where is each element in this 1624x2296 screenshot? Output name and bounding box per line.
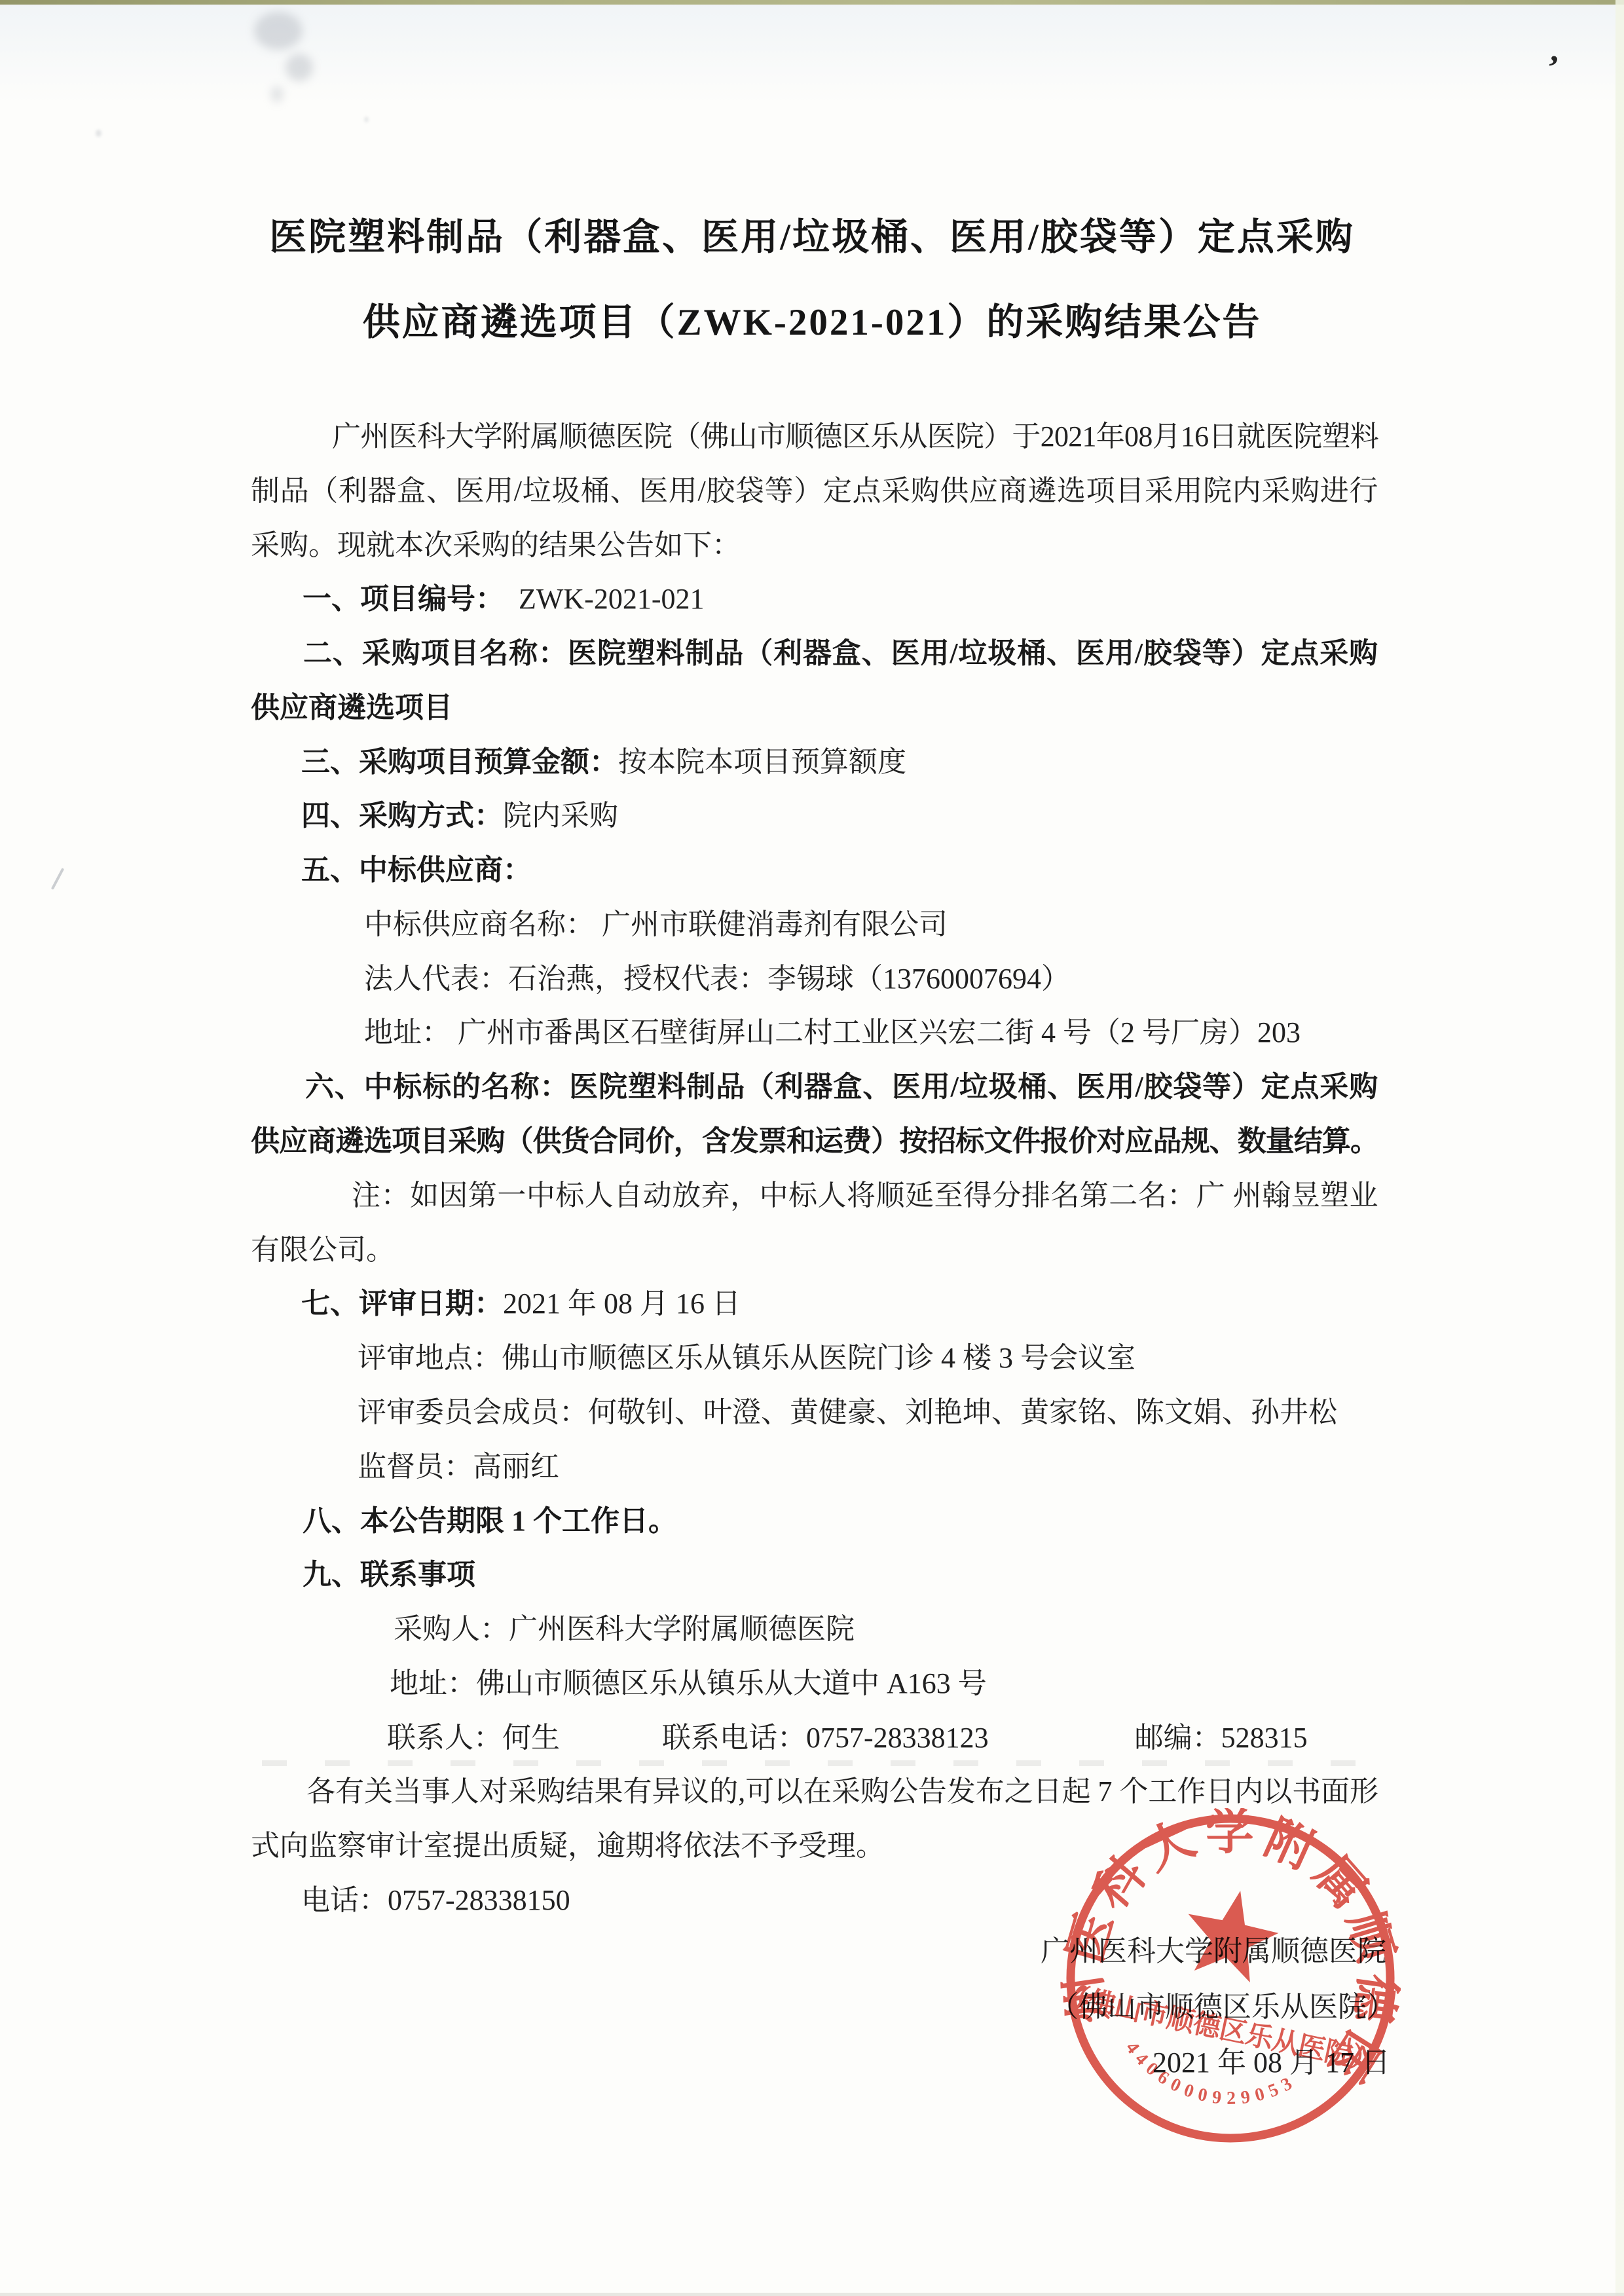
line-content: 供应商遴选项目（ZWK-2021-021）的采购结果公告 [363, 302, 1262, 344]
note-line-1: 注：如因第一中标人自动放弃，中标人将顺延至得分排名第二名：广 州翰昱塑业 [352, 1177, 1378, 1215]
text-segment: 采购。现就本次采购的结果公告如下： [251, 529, 741, 561]
objection-line-1: 各有关当事人对采购结果有异议的,可以在采购公告发布之日起 7 个工作日内以书面形 [306, 1773, 1378, 1811]
text-segment: 医院塑料制品（利器盒、医用/垃圾桶、医用/胶袋等）定点采购 [269, 217, 1355, 258]
text-segment: 四、采购方式： [301, 800, 503, 832]
text-segment: 地址： 广州市番禺区石壁街屏山二村工业区兴宏二街 4 号（2 号厂房）203 [364, 1016, 1301, 1048]
seal-subtitle-text: （佛山市顺德区乐从医院） [1060, 1980, 1380, 2077]
item-9-contact-heading: 九、联系事项 [303, 1556, 475, 1594]
line-content: 采购人：广州医科大学附属顺德医院 [394, 1610, 855, 1648]
item-3-budget: 三、采购项目预算金额：按本院本项目预算额度 [301, 743, 906, 781]
item-2-project-name: 二、采购项目名称：医院塑料制品（利器盒、医用/垃圾桶、医用/胶袋等）定点采购 [303, 635, 1378, 673]
line-content: 广州医科大学附属顺德医院（佛山市顺德区乐从医院）于2021年08月16日就医院塑… [332, 418, 1378, 456]
line-content: 八、本公告期限 1 个工作日。 [303, 1502, 677, 1540]
text-segment: 五、中标供应商： [301, 854, 532, 886]
line-content: 供应商遴选项目采购（供货合同价，含发票和运费）按招标文件报价对应品规、数量结算。 [251, 1122, 1378, 1160]
text-segment: ZWK-2021-021 [504, 583, 705, 615]
line-content: 供应商遴选项目 [251, 689, 452, 727]
scan-smudge [271, 86, 283, 102]
text-segment: 电话：0757-28338150 [301, 1884, 570, 1916]
scan-edge-right [1615, 0, 1624, 2296]
winner-name: 中标供应商名称： 广州市联健消毒剂有限公司 [364, 906, 948, 944]
scan-smudge [364, 117, 369, 122]
line-content: 六、中标标的名称：医院塑料制品（利器盒、医用/垃圾桶、医用/胶袋等）定点采购 [305, 1068, 1378, 1106]
spacer [560, 1747, 662, 1747]
objection-line-2: 式向监察审计室提出质疑，逾期将依法不予受理。 [251, 1827, 885, 1865]
text-segment: 监督员：高丽红 [358, 1451, 559, 1483]
line-content: 法人代表：石治燕，授权代表：李锡球（13760007694） [364, 960, 1070, 998]
line-content: 二、采购项目名称：医院塑料制品（利器盒、医用/垃圾桶、医用/胶袋等）定点采购 [303, 635, 1378, 673]
scan-scratch [51, 868, 64, 890]
scan-edge-top [0, 0, 1624, 5]
line-content: 评审委员会成员：何敬钊、叶澄、黄健豪、刘艳坤、黄家铭、陈文娟、孙井松 [358, 1394, 1337, 1432]
text-segment: 地址：佛山市顺德区乐从镇乐从大道中 A163 号 [390, 1667, 987, 1699]
line-content: 中标供应商名称： 广州市联健消毒剂有限公司 [364, 906, 948, 944]
line-content: 医院塑料制品（利器盒、医用/垃圾桶、医用/胶袋等）定点采购 [269, 217, 1355, 259]
text-segment: 制品（利器盒、医用/垃圾桶、医用/胶袋等）定点采购供应商遴选项目采用院内采购进行 [251, 475, 1378, 507]
line-content: 制品（利器盒、医用/垃圾桶、医用/胶袋等）定点采购供应商遴选项目采用院内采购进行 [251, 472, 1378, 510]
text-segment: 注：如因第一中标人自动放弃，中标人将顺延至得分排名第二名：广 州翰昱塑业 [352, 1179, 1378, 1212]
line-content: 四、采购方式：院内采购 [301, 797, 618, 835]
text-segment: 八、本公告期限 1 个工作日。 [303, 1505, 677, 1537]
contact-line: 联系人：何生联系电话：0757-28338123邮编：528315 [387, 1719, 1308, 1757]
text-segment: 七、评审日期： [301, 1287, 503, 1320]
text-segment: 供应商遴选项目采购（供货合同价，含发票和运费）按招标文件报价对应品规、数量结算。 [251, 1125, 1378, 1157]
text-segment: 式向监察审计室提出质疑，逾期将依法不予受理。 [251, 1830, 885, 1862]
item-6-subject: 六、中标标的名称：医院塑料制品（利器盒、医用/垃圾桶、医用/胶袋等）定点采购 [305, 1068, 1378, 1106]
text-segment: 采购人：广州医科大学附属顺德医院 [394, 1613, 855, 1645]
text-segment: 供应商遴选项目 [251, 692, 452, 724]
scan-tint-top [0, 5, 1624, 103]
scan-smudge [96, 130, 101, 137]
note-line-2: 有限公司。 [251, 1231, 395, 1269]
text-segment: 各有关当事人对采购结果有异议的,可以在采购公告发布之日起 7 个工作日内以书面形 [306, 1775, 1378, 1807]
text-segment: 评审委员会成员：何敬钊、叶澄、黄健豪、刘艳坤、黄家铭、陈文娟、孙井松 [358, 1396, 1337, 1428]
line-content: 评审地点：佛山市顺德区乐从镇乐从医院门诊 4 楼 3 号会议室 [358, 1339, 1135, 1377]
text-segment: 供应商遴选项目（ZWK-2021-021）的采购结果公告 [363, 302, 1262, 343]
text-segment: 二、采购项目名称：医院塑料制品（利器盒、医用/垃圾桶、医用/胶袋等）定点采购 [303, 637, 1378, 669]
text-segment: 有限公司。 [251, 1234, 395, 1266]
line-content: 各有关当事人对采购结果有异议的,可以在采购公告发布之日起 7 个工作日内以书面形 [306, 1773, 1378, 1811]
title-line-2: 供应商遴选项目（ZWK-2021-021）的采购结果公告 [0, 302, 1624, 344]
line-content: 七、评审日期：2021 年 08 月 16 日 [301, 1285, 741, 1323]
text-segment: 广州医科大学附属顺德医院（佛山市顺德区乐从医院）于2021年08月16日就医院塑… [332, 420, 1378, 453]
item-5-winner-heading: 五、中标供应商： [301, 851, 532, 889]
para-intro-line-3: 采购。现就本次采购的结果公告如下： [251, 527, 741, 565]
line-content: 式向监察审计室提出质疑，逾期将依法不予受理。 [251, 1827, 885, 1865]
para-intro-line-2: 制品（利器盒、医用/垃圾桶、医用/胶袋等）定点采购供应商遴选项目采用院内采购进行 [251, 472, 1378, 510]
text-segment: 联系电话：0757-28338123 [662, 1722, 989, 1754]
line-content: 采购。现就本次采购的结果公告如下： [251, 527, 741, 565]
text-segment: 评审地点：佛山市顺德区乐从镇乐从医院门诊 4 楼 3 号会议室 [358, 1342, 1135, 1374]
text-segment: 法人代表：石治燕，授权代表：李锡球（13760007694） [364, 963, 1070, 995]
line-content: 一、项目编号： ZWK-2021-021 [303, 580, 705, 618]
scan-dust-row [262, 1760, 1369, 1766]
text-segment: 六、中标标的名称：医院塑料制品（利器盒、医用/垃圾桶、医用/胶袋等）定点采购 [305, 1071, 1378, 1103]
line-content: 地址： 广州市番禺区石壁街屏山二村工业区兴宏二街 4 号（2 号厂房）203 [364, 1014, 1301, 1052]
text-segment: 按本院本项目预算额度 [618, 746, 906, 778]
scan-smudge [286, 54, 313, 81]
winner-legal-rep: 法人代表：石治燕，授权代表：李锡球（13760007694） [364, 960, 1070, 998]
line-content: 有限公司。 [251, 1231, 395, 1269]
text-segment: 邮编：528315 [1135, 1722, 1308, 1754]
item-8-period: 八、本公告期限 1 个工作日。 [303, 1502, 677, 1540]
item-7-review-date: 七、评审日期：2021 年 08 月 16 日 [301, 1285, 741, 1323]
text-segment: 院内采购 [503, 800, 618, 832]
official-seal: 广州医科大学附属顺德医院 （佛山市顺德区乐从医院） 4406000929053 [1060, 1808, 1401, 2149]
scan-edge-bottom [0, 2293, 1624, 2296]
line-content: 三、采购项目预算金额：按本院本项目预算额度 [301, 743, 906, 781]
text-segment: 三、采购项目预算金额： [301, 746, 618, 778]
text-segment: 一、项目编号： [303, 583, 504, 615]
purchaser: 采购人：广州医科大学附属顺德医院 [394, 1610, 855, 1648]
line-content: 九、联系事项 [303, 1556, 475, 1594]
objection-phone: 电话：0757-28338150 [301, 1881, 570, 1919]
purchaser-address: 地址：佛山市顺德区乐从镇乐从大道中 A163 号 [390, 1665, 987, 1703]
line-content: 电话：0757-28338150 [301, 1881, 570, 1919]
review-place: 评审地点：佛山市顺德区乐从镇乐从医院门诊 4 楼 3 号会议室 [358, 1339, 1135, 1377]
scanned-page: ’ 医院塑料制品（利器盒、医用/垃圾桶、医用/胶袋等）定点采购供应商遴选项目（Z… [0, 0, 1624, 2296]
star-icon [1177, 1881, 1285, 1986]
text-segment: 九、联系事项 [303, 1559, 475, 1591]
line-content: 地址：佛山市顺德区乐从镇乐从大道中 A163 号 [390, 1665, 987, 1703]
line-content: 五、中标供应商： [301, 851, 532, 889]
line-content: 监督员：高丽红 [358, 1448, 559, 1486]
item-1-project-number: 一、项目编号： ZWK-2021-021 [303, 580, 705, 618]
item-4-method: 四、采购方式：院内采购 [301, 797, 618, 835]
line-content: 注：如因第一中标人自动放弃，中标人将顺延至得分排名第二名：广 州翰昱塑业 [352, 1177, 1378, 1215]
line-content: 联系人：何生联系电话：0757-28338123邮编：528315 [387, 1719, 1308, 1757]
scan-smudge [254, 12, 303, 50]
title-line-1: 医院塑料制品（利器盒、医用/垃圾桶、医用/胶袋等）定点采购 [0, 217, 1624, 259]
para-intro-line-1: 广州医科大学附属顺德医院（佛山市顺德区乐从医院）于2021年08月16日就医院塑… [332, 418, 1378, 456]
supervisor: 监督员：高丽红 [358, 1448, 559, 1486]
text-segment: 联系人：何生 [387, 1722, 560, 1754]
text-segment: 2021 年 08 月 16 日 [503, 1287, 741, 1320]
text-segment: 中标供应商名称： 广州市联健消毒剂有限公司 [364, 908, 948, 940]
spacer [989, 1747, 1135, 1747]
winner-address: 地址： 广州市番禺区石壁街屏山二村工业区兴宏二街 4 号（2 号厂房）203 [364, 1014, 1301, 1052]
review-committee: 评审委员会成员：何敬钊、叶澄、黄健豪、刘艳坤、黄家铭、陈文娟、孙井松 [358, 1394, 1337, 1432]
item-6-subject-cont: 供应商遴选项目采购（供货合同价，含发票和运费）按招标文件报价对应品规、数量结算。 [251, 1122, 1378, 1160]
item-2-project-name-cont: 供应商遴选项目 [251, 689, 452, 727]
